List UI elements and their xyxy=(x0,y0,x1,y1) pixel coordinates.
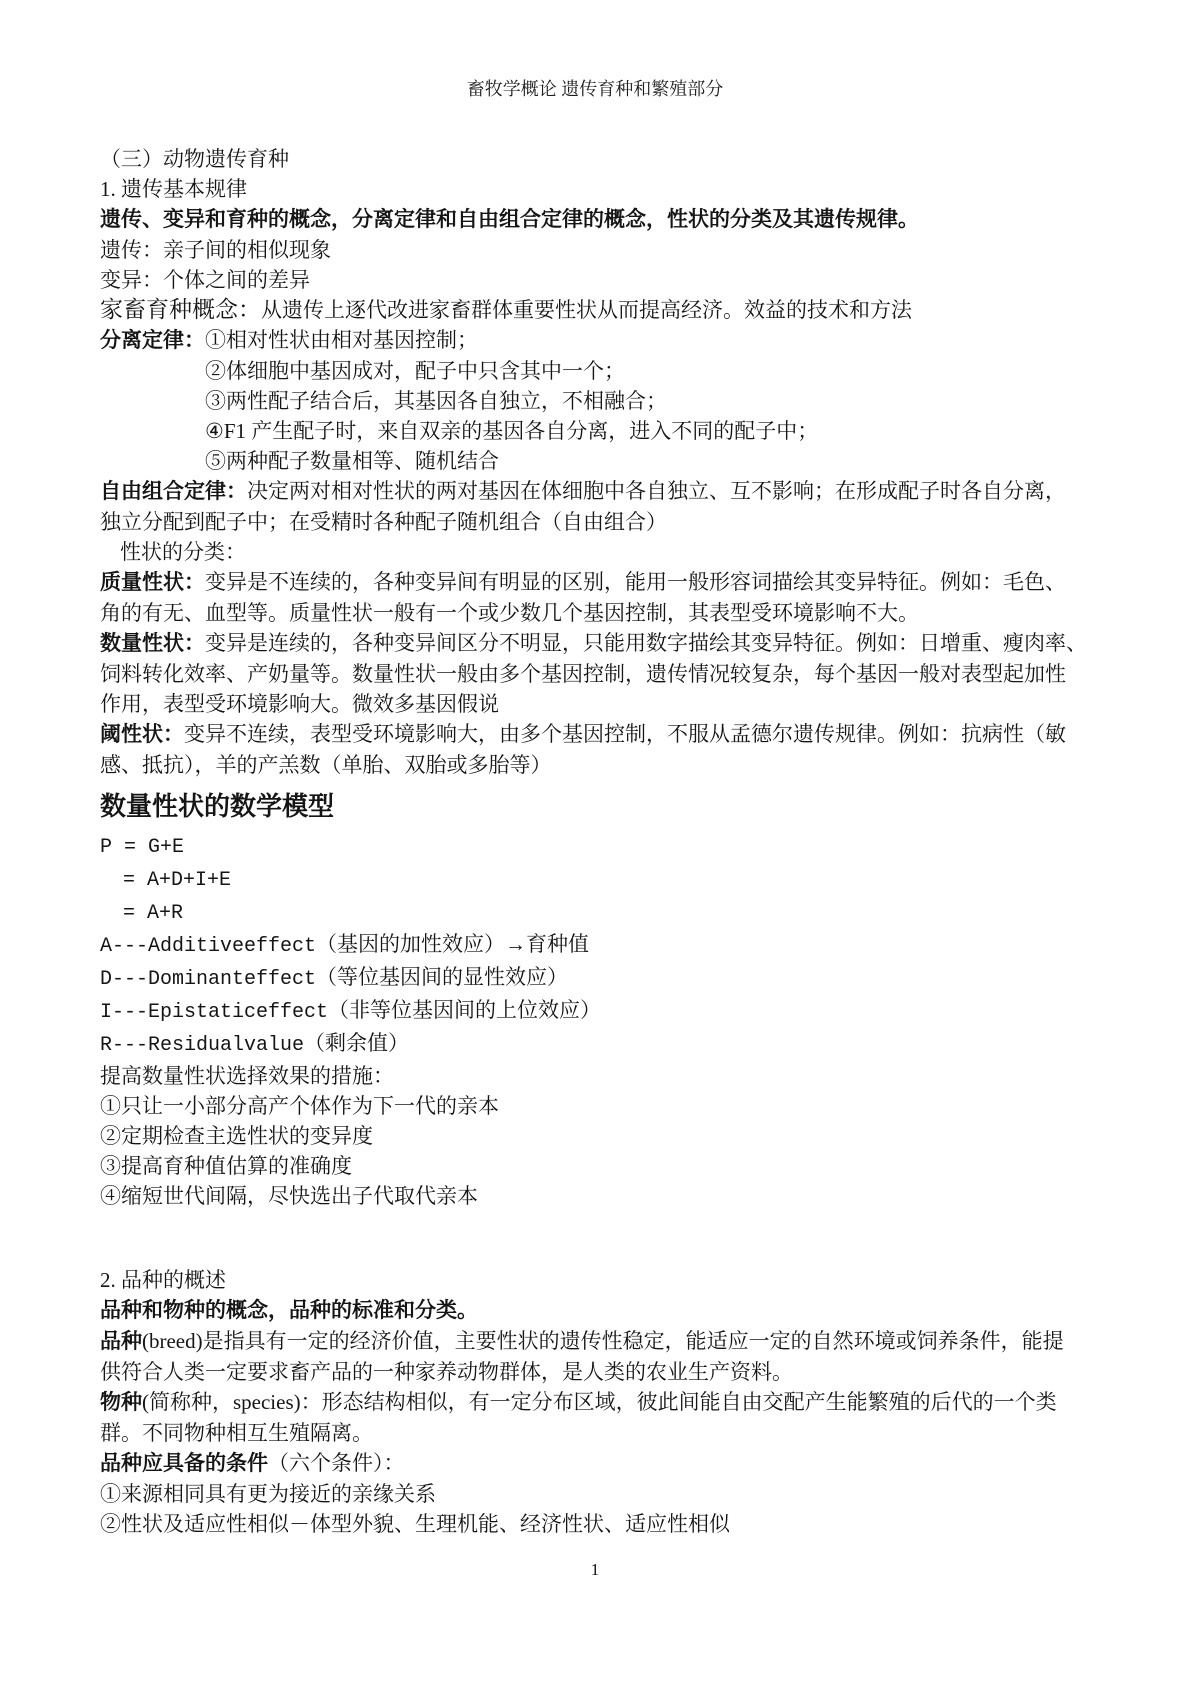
text-segment: 品种应具备的条件 xyxy=(100,1452,268,1475)
text-line: 遗传、变异和育种的概念，分离定律和自由组合定律的概念，性状的分类及其遗传规律。 xyxy=(100,204,1090,235)
text-line: P = G+E xyxy=(100,830,1090,863)
text-line: 家畜育种概念：从遗传上逐代改进家畜群体重要性状从而提高经济。效益的技术和方法 xyxy=(100,295,1090,325)
text-line: 2. 品种的概述 xyxy=(100,1265,1090,1295)
text-line: ②性状及适应性相似－体型外貌、生理机能、经济性状、适应性相似 xyxy=(100,1509,1090,1539)
text-line: ①只让一小部分高产个体作为下一代的亲本 xyxy=(100,1091,1090,1121)
text-line: 品种应具备的条件（六个条件）： xyxy=(100,1448,1090,1479)
text-line: ④F1 产生配子时，来自双亲的基因各自分离，进入不同的配子中； xyxy=(100,416,1090,446)
text-line: 作用，表型受环境影响大。微效多基因假说 xyxy=(100,689,1090,719)
text-segment: 感、抵抗），羊的产羔数（单胎、双胎或多胎等） xyxy=(100,753,552,777)
text-segment: A---Additiveeffect xyxy=(100,935,316,958)
text-line: = A+D+I+E xyxy=(100,863,1090,896)
text-segment: 遗传、变异和育种的概念，分离定律和自由组合定律的概念，性状的分类及其遗传规律。 xyxy=(100,208,919,231)
text-line: R---Residualvalue（剩余值） xyxy=(100,1028,1090,1061)
text-segment: ④F1 产生配子时，来自双亲的基因各自分离，进入不同的配子中； xyxy=(205,419,818,443)
text-line: ①来源相同具有更为接近的亲缘关系 xyxy=(100,1479,1090,1509)
text-line: 阈性状：变异不连续，表型受环境影响大，由多个基因控制，不服从孟德尔遗传规律。例如… xyxy=(100,719,1090,750)
text-line: 1. 遗传基本规律 xyxy=(100,174,1090,204)
text-segment: (breed)是指具有一定的经济价值，主要性状的遗传性稳定，能适应一定的自然环境… xyxy=(142,1329,1064,1353)
text-segment: 数量性状的数学模型 xyxy=(100,791,334,821)
text-segment: 角的有无、血型等。质量性状一般有一个或少数几个基因控制，其表型受环境影响不大。 xyxy=(100,601,919,625)
text-line: 饲料转化效率、产奶量等。数量性状一般由多个基因控制，遗传情况较复杂，每个基因一般… xyxy=(100,659,1090,689)
text-segment: ②性状及适应性相似－体型外貌、生理机能、经济性状、适应性相似 xyxy=(100,1512,730,1536)
text-segment: 饲料转化效率、产奶量等。数量性状一般由多个基因控制，遗传情况较复杂，每个基因一般… xyxy=(100,662,1066,686)
text-segment: 品种 xyxy=(100,1330,142,1353)
text-segment: 提高数量性状选择效果的措施： xyxy=(100,1064,394,1088)
text-segment: ①来源相同具有更为接近的亲缘关系 xyxy=(100,1482,436,1506)
text-line: 提高数量性状选择效果的措施： xyxy=(100,1061,1090,1091)
document-page: 畜牧学概论 遗传育种和繁殖部分 （三）动物遗传育种1. 遗传基本规律遗传、变异和… xyxy=(0,0,1190,1683)
text-line: ③两性配子结合后，其基因各自独立，不相融合； xyxy=(100,386,1090,416)
text-segment: 分离定律： xyxy=(100,329,205,352)
text-segment: = A+R xyxy=(123,902,183,925)
text-line: （三）动物遗传育种 xyxy=(100,144,1090,174)
text-segment: ⑤两种配子数量相等、随机结合 xyxy=(205,449,499,473)
page-header-title: 畜牧学概论 遗传育种和繁殖部分 xyxy=(0,0,1190,100)
text-line: 分离定律：①相对性状由相对基因控制； xyxy=(100,325,1090,356)
text-segment: 数量性状： xyxy=(100,632,205,655)
text-segment: （等位基因间的显性效应） xyxy=(316,965,568,989)
text-segment: 家畜育种概念： xyxy=(100,297,261,322)
text-segment: 质量性状： xyxy=(100,571,205,594)
text-segment: （剩余值） xyxy=(304,1031,409,1055)
text-line: ④缩短世代间隔，尽快选出子代取代亲本 xyxy=(100,1181,1090,1211)
text-segment: 决定两对相对性状的两对基因在体细胞中各自独立、互不影响；在形成配子时各自分离， xyxy=(247,479,1066,503)
text-line: 品种和物种的概念，品种的标准和分类。 xyxy=(100,1295,1090,1326)
text-line: ②体细胞中基因成对，配子中只含其中一个； xyxy=(100,356,1090,386)
text-segment: ②定期检查主选性状的变异度 xyxy=(100,1124,373,1148)
text-segment: ①相对性状由相对基因控制； xyxy=(205,328,478,352)
text-line: 遗传：亲子间的相似现象 xyxy=(100,235,1090,265)
text-segment: R---Residualvalue xyxy=(100,1034,304,1057)
text-segment: ①只让一小部分高产个体作为下一代的亲本 xyxy=(100,1094,499,1118)
text-segment: 品种和物种的概念，品种的标准和分类。 xyxy=(100,1299,478,1322)
text-segment: 变异不连续，表型受环境影响大，由多个基因控制，不服从孟德尔遗传规律。例如：抗病性… xyxy=(184,722,1066,746)
text-line: 性状的分类： xyxy=(100,537,1090,567)
text-segment: 性状的分类： xyxy=(120,540,246,564)
section-heading: 数量性状的数学模型 xyxy=(100,784,1090,830)
text-segment: = A+D+I+E xyxy=(123,869,231,892)
text-segment: 物种 xyxy=(100,1391,142,1414)
document-body: （三）动物遗传育种1. 遗传基本规律遗传、变异和育种的概念，分离定律和自由组合定… xyxy=(0,100,1190,1539)
page-number: 1 xyxy=(0,1560,1190,1580)
text-line: 感、抵抗），羊的产羔数（单胎、双胎或多胎等） xyxy=(100,750,1090,780)
text-line: 质量性状：变异是不连续的，各种变异间有明显的区别，能用一般形容词描绘其变异特征。… xyxy=(100,567,1090,598)
text-line: ③提高育种值估算的准确度 xyxy=(100,1151,1090,1181)
text-segment: （基因的加性效应）→育种值 xyxy=(316,932,589,956)
text-line: = A+R xyxy=(100,896,1090,929)
text-segment: （三）动物遗传育种 xyxy=(100,147,289,171)
text-line: 自由组合定律：决定两对相对性状的两对基因在体细胞中各自独立、互不影响；在形成配子… xyxy=(100,476,1090,507)
text-line: 物种(简称种，species)：形态结构相似，有一定分布区域，彼此间能自由交配产… xyxy=(100,1387,1090,1418)
text-segment: D---Dominanteffect xyxy=(100,968,316,991)
text-line: A---Additiveeffect（基因的加性效应）→育种值 xyxy=(100,929,1090,962)
text-segment: 供符合人类一定要求畜产品的一种家养动物群体，是人类的农业生产资料。 xyxy=(100,1360,793,1384)
text-line: I---Epistaticeffect（非等位基因间的上位效应） xyxy=(100,995,1090,1028)
text-line: 变异：个体之间的差异 xyxy=(100,265,1090,295)
text-segment: 2. 品种的概述 xyxy=(100,1268,226,1292)
text-segment: 变异是不连续的，各种变异间有明显的区别，能用一般形容词描绘其变异特征。例如：毛色… xyxy=(205,570,1066,594)
text-segment: 变异是连续的，各种变异间区分不明显，只能用数字描绘其变异特征。例如：日增重、瘦肉… xyxy=(205,631,1087,655)
text-line: 角的有无、血型等。质量性状一般有一个或少数几个基因控制，其表型受环境影响不大。 xyxy=(100,598,1090,628)
text-segment: （非等位基因间的上位效应） xyxy=(328,998,601,1022)
text-segment: 从遗传上逐代改进家畜群体重要性状从而提高经济。效益的技术和方法 xyxy=(261,298,912,322)
text-line: 群。不同物种相互生殖隔离。 xyxy=(100,1418,1090,1448)
text-segment: 阈性状： xyxy=(100,723,184,746)
text-segment: 1. 遗传基本规律 xyxy=(100,177,247,201)
text-line: D---Dominanteffect（等位基因间的显性效应） xyxy=(100,962,1090,995)
text-segment: 群。不同物种相互生殖隔离。 xyxy=(100,1421,373,1445)
text-segment: （六个条件）： xyxy=(268,1451,405,1475)
text-line: 品种(breed)是指具有一定的经济价值，主要性状的遗传性稳定，能适应一定的自然… xyxy=(100,1326,1090,1357)
text-segment: 自由组合定律： xyxy=(100,480,247,503)
text-segment: ②体细胞中基因成对，配子中只含其中一个； xyxy=(205,359,625,383)
text-segment: ③两性配子结合后，其基因各自独立，不相融合； xyxy=(205,389,667,413)
text-line: ⑤两种配子数量相等、随机结合 xyxy=(100,446,1090,476)
text-segment: ③提高育种值估算的准确度 xyxy=(100,1154,352,1178)
text-segment: 遗传：亲子间的相似现象 xyxy=(100,238,331,262)
text-segment: 作用，表型受环境影响大。微效多基因假说 xyxy=(100,692,499,716)
text-line: ②定期检查主选性状的变异度 xyxy=(100,1121,1090,1151)
text-line: 数量性状：变异是连续的，各种变异间区分不明显，只能用数字描绘其变异特征。例如：日… xyxy=(100,628,1090,659)
text-line: 供符合人类一定要求畜产品的一种家养动物群体，是人类的农业生产资料。 xyxy=(100,1357,1090,1387)
text-segment: I---Epistaticeffect xyxy=(100,1001,328,1024)
text-segment: (简称种，species)：形态结构相似，有一定分布区域，彼此间能自由交配产生能… xyxy=(142,1390,1057,1414)
text-segment: ④缩短世代间隔，尽快选出子代取代亲本 xyxy=(100,1184,478,1208)
text-segment: 变异：个体之间的差异 xyxy=(100,268,310,292)
text-line: 独立分配到配子中；在受精时各种配子随机组合（自由组合） xyxy=(100,507,1090,537)
text-segment: P = G+E xyxy=(100,836,184,859)
text-segment: 独立分配到配子中；在受精时各种配子随机组合（自由组合） xyxy=(100,510,667,534)
